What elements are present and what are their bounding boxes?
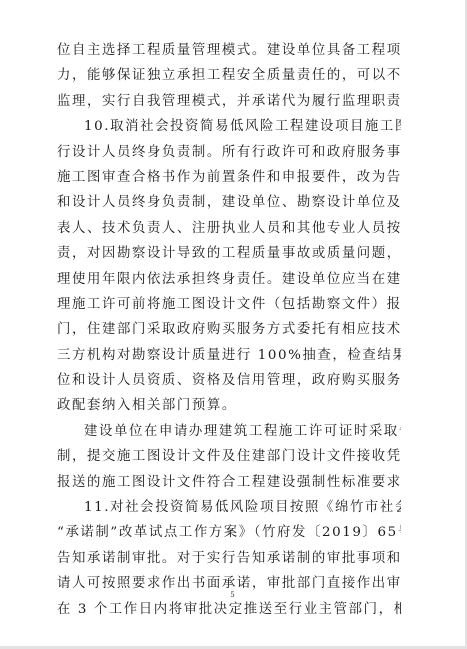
page-number: 5 <box>0 591 465 599</box>
text-line: 告知承诺制审批。对于实行告知承诺制的审批事项和材料，申 <box>57 546 401 571</box>
text-line: 施工图审查合格书作为前置条件和申报要件，改为告知承诺 制 <box>57 165 401 190</box>
paragraph: 位自主选择工程质量管理模式。建设单位具备工程项目管理能 力，能够保证独立承担工程… <box>57 38 401 114</box>
paragraph: 建设单位在申请办理建筑工程施工许可证时采取告知承诺 制，提交施工图设计文件及住建… <box>57 419 401 495</box>
text-line: 制，提交施工图设计文件及住建部门设计文件接收凭证，承诺 <box>57 444 401 469</box>
text-line: 表人、技术负责人、注册执业人员和其他专业人员按照各自 职 <box>57 216 401 241</box>
text-line: 报送的施工图设计文件符合工程建设强制性标准要求。 <box>57 470 401 495</box>
text-line: 责，对因勘察设计导致的工程质量事故或质量问题，在工程 合 <box>57 241 401 266</box>
text-line: 监理，实行自我管理模式，并承诺代为履行监理职责。 <box>57 89 401 114</box>
body-text: 位自主选择工程质量管理模式。建设单位具备工程项目管理能 力，能够保证独立承担工程… <box>57 38 401 622</box>
text-line: 10.取消社会投资简易低风险工程建设项目施工图审查，实 <box>57 114 401 139</box>
text-line: 建设单位在申请办理建筑工程施工许可证时采取告知承诺 <box>57 419 401 444</box>
text-line: 和设计人员终身负责制，建设单位、勘察设计单位及其法定 代 <box>57 190 401 215</box>
text-line: 行设计人员终身负责制。所有行政许可和政府服务事项不再 将 <box>57 140 401 165</box>
paragraph-item-11: 11.对社会投资简易低风险项目按照《绵竹市社会投资项目 “承诺制”改革试点工作方… <box>57 495 401 622</box>
text-line: 位自主选择工程质量管理模式。建设单位具备工程项目管理能 <box>57 38 401 63</box>
text-line: 三方机构对勘察设计质量进行 100%抽查，检查结果纳入设计单 <box>57 343 401 368</box>
text-line: 位和设计人员资质、资格及信用管理，政府购买服务费用由财 <box>57 368 401 393</box>
paragraph-item-10: 10.取消社会投资简易低风险工程建设项目施工图审查，实 行设计人员终身负责制。所… <box>57 114 401 419</box>
text-line: 11.对社会投资简易低风险项目按照《绵竹市社会投资项目 <box>57 495 401 520</box>
text-line: “承诺制”改革试点工作方案》（竹府发〔2019〕65号）推行 <box>57 520 401 545</box>
document-page: 位自主选择工程质量管理模式。建设单位具备工程项目管理能 力，能够保证独立承担工程… <box>0 0 465 646</box>
text-line: 理施工许可前将施工图设计文件（包括勘察文件）报送住建部 <box>57 292 401 317</box>
text-line: 在 3 个工作日内将审批决定推送至行业主管部门，相应行业主 <box>57 597 401 622</box>
text-line: 理使用年限内依法承担终身责任。建设单位应当在建设项目 办 <box>57 267 401 292</box>
text-line: 门，住建部门采取政府购买服务方式委托有相应技术能力的第 <box>57 317 401 342</box>
text-line: 力，能够保证独立承担工程安全质量责任的，可以不聘用工程 <box>57 63 401 88</box>
text-line: 政配套纳入相关部门预算。 <box>57 393 401 418</box>
